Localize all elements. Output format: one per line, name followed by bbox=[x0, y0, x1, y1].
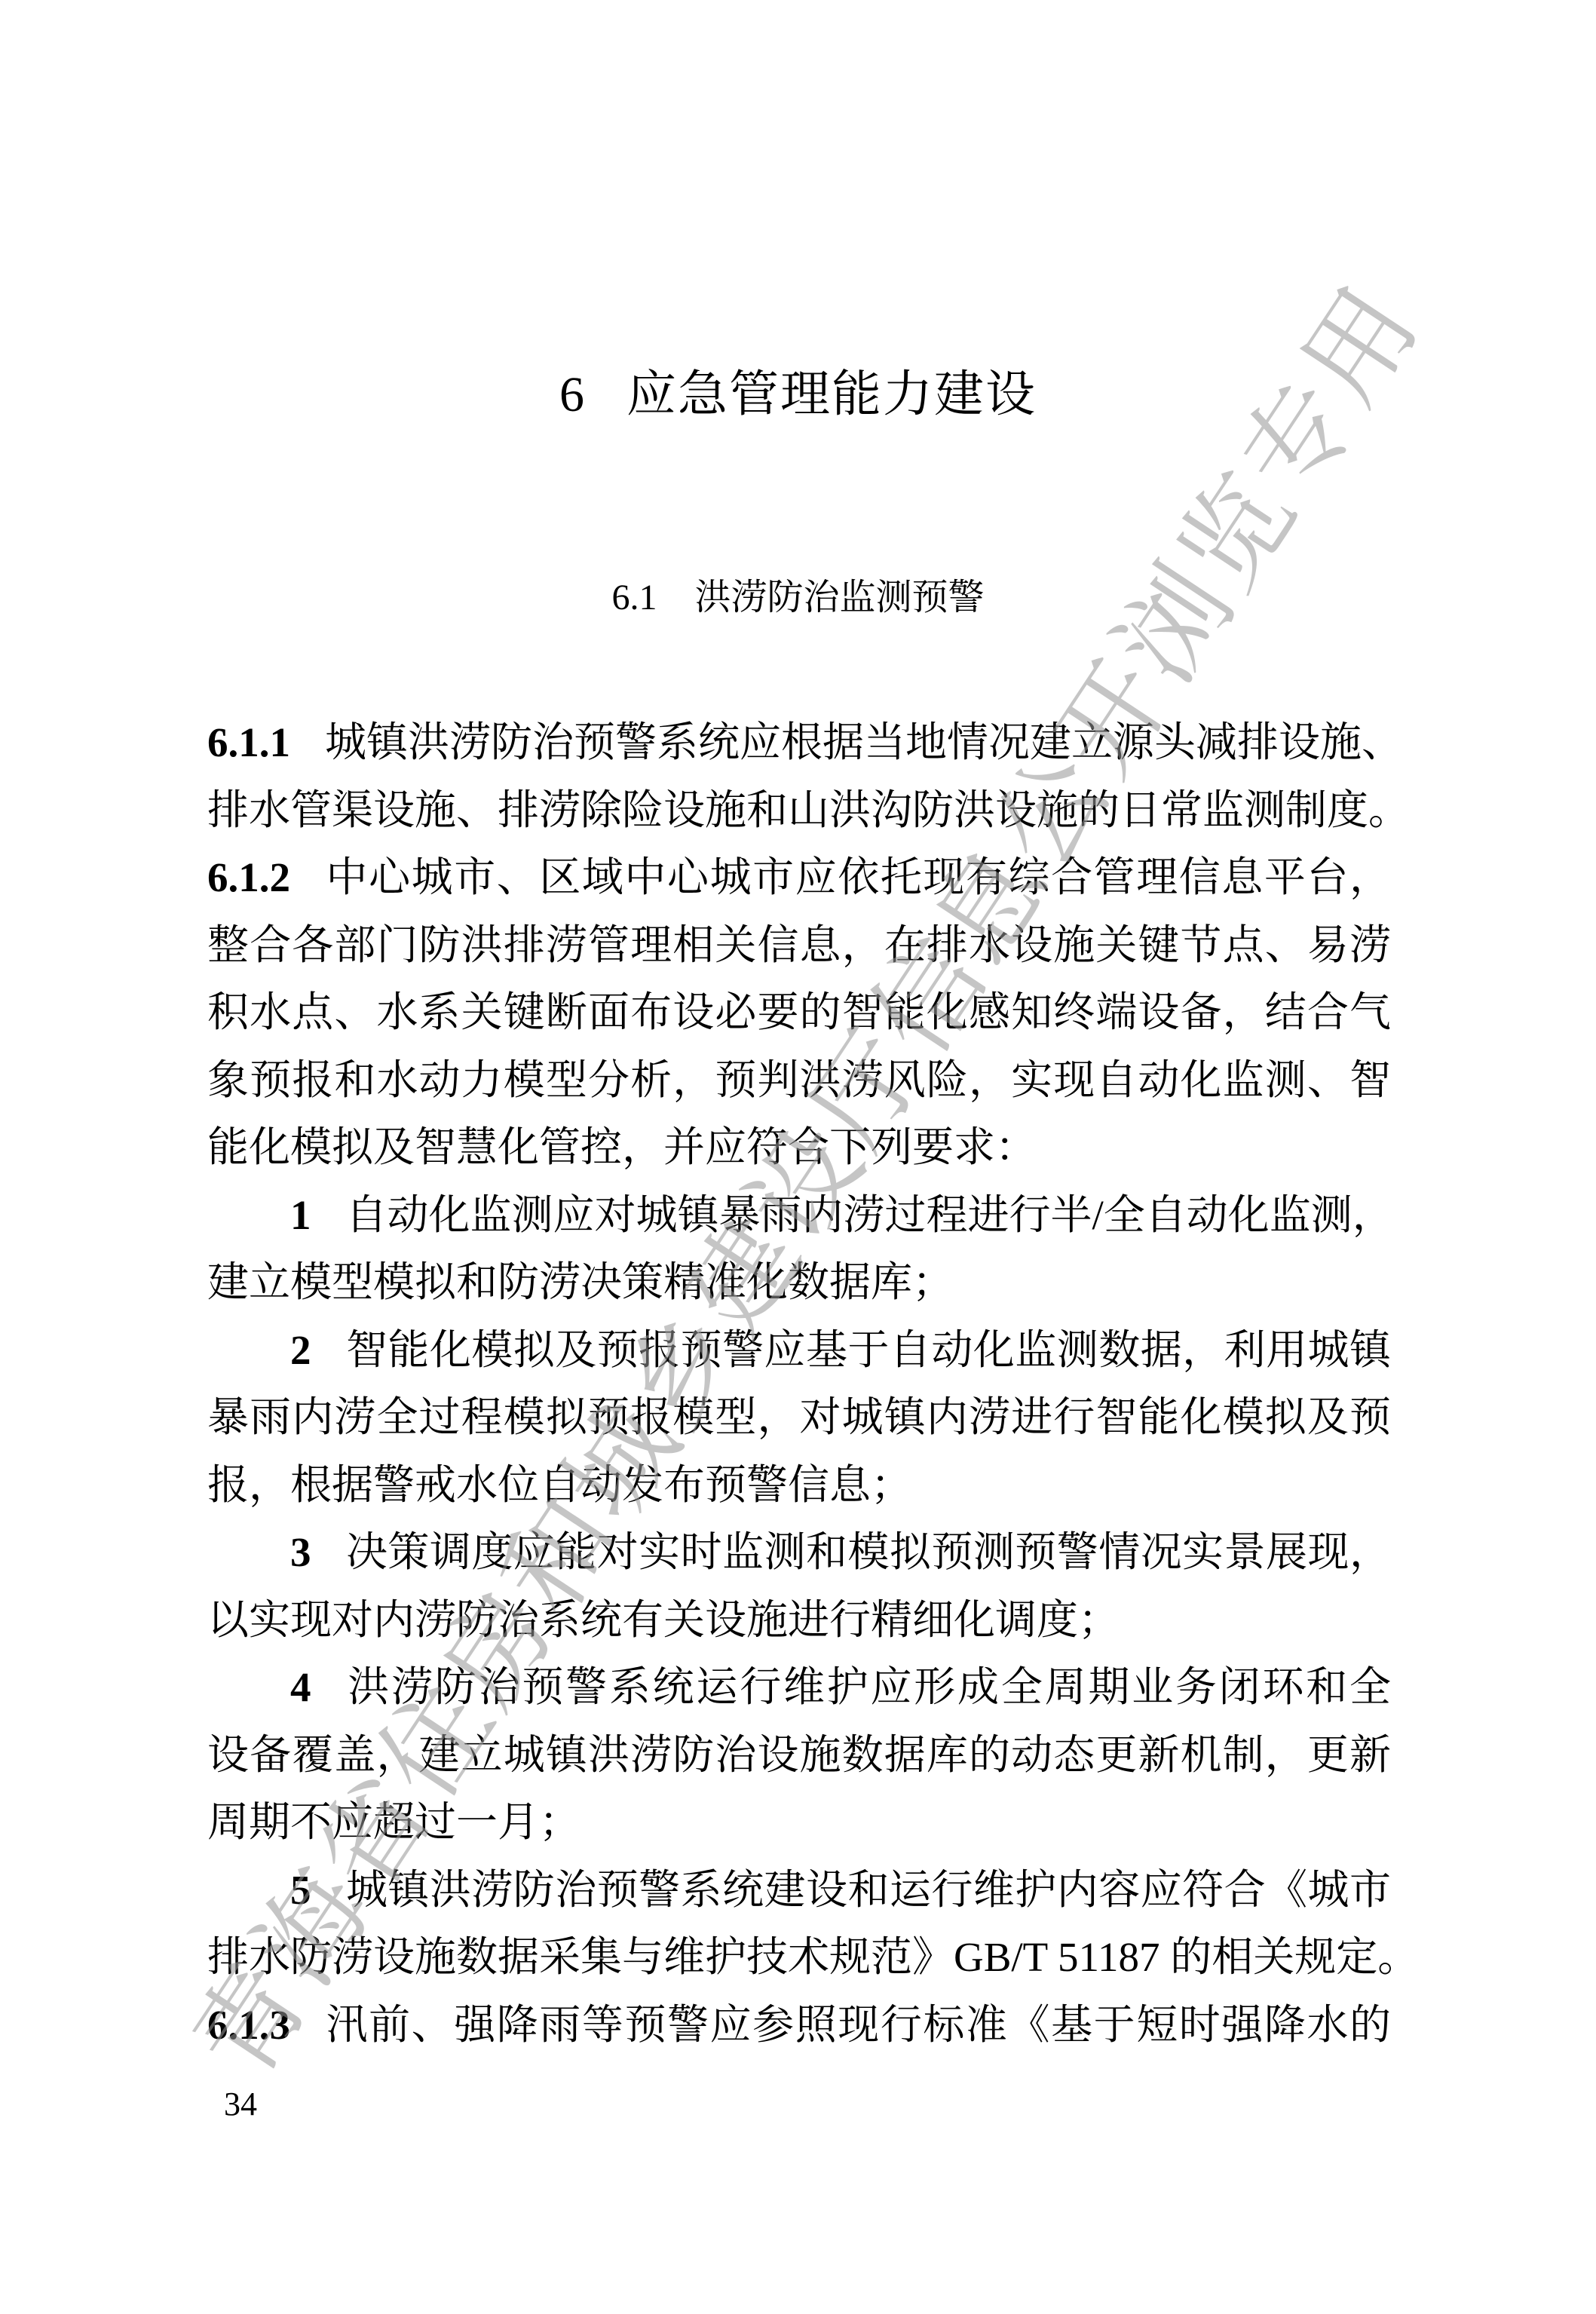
clause-6-1-3-line-1: 6.1.3汛前、强降雨等预警应参照现行标准《基于短时强降水的 bbox=[207, 1991, 1391, 2059]
item-4-line-3: 周期不应超过一月； bbox=[207, 1788, 1391, 1856]
item-3-line-1: 3决策调度应能对实时监测和模拟预测预警情况实景展现， bbox=[207, 1519, 1391, 1586]
item-2-line-3: 报，根据警戒水位自动发布预警信息； bbox=[207, 1451, 1391, 1519]
item-5-line-2: 排水防涝设施数据采集与维护技术规范》GB/T 51187 的相关规定。 bbox=[207, 1923, 1391, 1991]
clause-6-1-2-line-4: 象预报和水动力模型分析，预判洪涝风险，实现自动化监测、智 bbox=[207, 1047, 1391, 1114]
clause-text: 整合各部门防洪排涝管理相关信息，在排水设施关键节点、易涝 bbox=[207, 922, 1391, 968]
clause-text: 城镇洪涝防治预警系统应根据当地情况建立源头减排设施、 bbox=[325, 719, 1403, 765]
chapter-title: 应急管理能力建设 bbox=[626, 365, 1037, 423]
item-5-line-1: 5城镇洪涝防治预警系统建设和运行维护内容应符合《城市 bbox=[207, 1856, 1391, 1924]
item-text: 报，根据警戒水位自动发布预警信息； bbox=[207, 1462, 912, 1508]
item-4-line-2: 设备覆盖，建立城镇洪涝防治设施数据库的动态更新机制，更新 bbox=[207, 1721, 1391, 1789]
item-4-line-1: 4洪涝防治预警系统运行维护应形成全周期业务闭环和全 bbox=[207, 1654, 1391, 1721]
item-text: 排水防涝设施数据采集与维护技术规范》GB/T 51187 的相关规定。 bbox=[207, 1934, 1419, 1980]
clause-6-1-2-line-3: 积水点、水系关键断面布设必要的智能化感知终端设备，结合气 bbox=[207, 979, 1391, 1047]
item-3-line-2: 以实现对内涝防治系统有关设施进行精细化调度； bbox=[207, 1586, 1391, 1654]
item-text: 自动化监测应对城镇暴雨内涝过程进行半/全自动化监测， bbox=[346, 1192, 1394, 1238]
clause-6-1-1-line-1: 6.1.1城镇洪涝防治预警系统应根据当地情况建立源头减排设施、 bbox=[207, 709, 1391, 777]
clause-text: 象预报和水动力模型分析，预判洪涝风险，实现自动化监测、智 bbox=[207, 1057, 1391, 1103]
clause-6-1-2-line-1: 6.1.2中心城市、区域中心城市应依托现有综合管理信息平台， bbox=[207, 844, 1391, 912]
item-text: 智能化模拟及预报预警应基于自动化监测数据，利用城镇 bbox=[346, 1327, 1392, 1373]
item-2-line-1: 2智能化模拟及预报预警应基于自动化监测数据，利用城镇 bbox=[207, 1316, 1391, 1384]
clause-text: 积水点、水系关键断面布设必要的智能化感知终端设备，结合气 bbox=[207, 989, 1391, 1035]
item-text: 暴雨内涝全过程模拟预报模型，对城镇内涝进行智能化模拟及预 bbox=[207, 1394, 1391, 1440]
clause-number: 6.1.3 bbox=[207, 2002, 290, 2048]
item-number: 3 bbox=[290, 1529, 311, 1575]
item-number: 5 bbox=[290, 1867, 311, 1913]
item-text: 城镇洪涝防治预警系统建设和运行维护内容应符合《城市 bbox=[346, 1867, 1392, 1913]
clause-text: 中心城市、区域中心城市应依托现有综合管理信息平台， bbox=[325, 854, 1391, 900]
item-1-line-1: 1自动化监测应对城镇暴雨内涝过程进行半/全自动化监测， bbox=[207, 1182, 1391, 1249]
clause-text: 排水管渠设施、排涝除险设施和山洪沟防洪设施的日常监测制度。 bbox=[207, 787, 1410, 833]
body-text: 6.1.1城镇洪涝防治预警系统应根据当地情况建立源头减排设施、 排水管渠设施、排… bbox=[207, 709, 1391, 2058]
item-2-line-2: 暴雨内涝全过程模拟预报模型，对城镇内涝进行智能化模拟及预 bbox=[207, 1384, 1391, 1451]
clause-text: 能化模拟及智慧化管控，并应符合下列要求： bbox=[207, 1124, 1037, 1170]
clause-number: 6.1.1 bbox=[207, 719, 290, 765]
chapter-number: 6 bbox=[559, 367, 586, 422]
item-number: 4 bbox=[290, 1664, 311, 1710]
clause-6-1-2-line-2: 整合各部门防洪排涝管理相关信息，在排水设施关键节点、易涝 bbox=[207, 912, 1391, 979]
item-text: 周期不应超过一月； bbox=[207, 1799, 581, 1845]
section-number: 6.1 bbox=[611, 578, 657, 618]
section-title: 洪涝防治监测预警 bbox=[694, 576, 984, 618]
document-page: 6应急管理能力建设 6.1洪涝防治监测预警 6.1.1城镇洪涝防治预警系统应根据… bbox=[0, 0, 1596, 2314]
section-heading: 6.1洪涝防治监测预警 bbox=[0, 573, 1596, 622]
clause-6-1-1-line-2: 排水管渠设施、排涝除险设施和山洪沟防洪设施的日常监测制度。 bbox=[207, 777, 1391, 844]
item-text: 以实现对内涝防治系统有关设施进行精细化调度； bbox=[207, 1597, 1120, 1643]
item-text: 洪涝防治预警系统运行维护应形成全周期业务闭环和全 bbox=[346, 1664, 1392, 1710]
item-text: 建立模型模拟和防涝决策精准化数据库； bbox=[207, 1259, 954, 1305]
clause-number: 6.1.2 bbox=[207, 854, 290, 900]
item-number: 1 bbox=[290, 1192, 311, 1238]
page-number: 34 bbox=[224, 2085, 257, 2123]
clause-text: 汛前、强降雨等预警应参照现行标准《基于短时强降水的 bbox=[325, 2002, 1391, 2048]
clause-6-1-2-line-5: 能化模拟及智慧化管控，并应符合下列要求： bbox=[207, 1114, 1391, 1182]
chapter-heading: 6应急管理能力建设 bbox=[0, 360, 1596, 429]
item-number: 2 bbox=[290, 1327, 311, 1373]
item-text: 设备覆盖，建立城镇洪涝防治设施数据库的动态更新机制，更新 bbox=[207, 1732, 1391, 1778]
item-1-line-2: 建立模型模拟和防涝决策精准化数据库； bbox=[207, 1249, 1391, 1316]
item-text: 决策调度应能对实时监测和模拟预测预警情况实景展现， bbox=[346, 1529, 1392, 1575]
